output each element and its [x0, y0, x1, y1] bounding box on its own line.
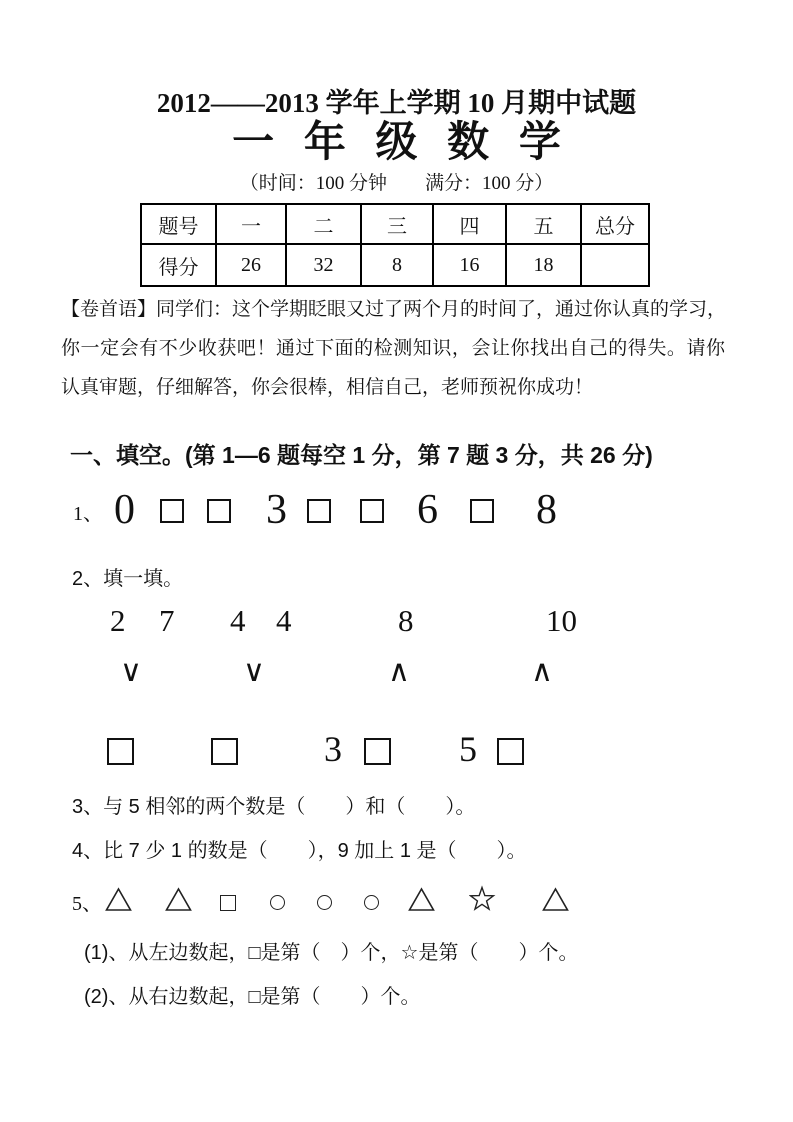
- question-4-text: 4、比 7 少 1 的数是（ ），9 加上 1 是（ ）。: [72, 838, 527, 864]
- header-cell-part1: 一: [216, 204, 286, 244]
- triangle-icon: [165, 887, 192, 912]
- q2-numbers-row: 2 7 4 4 8 10: [0, 604, 793, 640]
- q2-less-symbol-1: ∨: [120, 656, 142, 688]
- question-1-row: 1、 0 3 6 8: [0, 486, 793, 538]
- q1-number-3: 3: [266, 488, 287, 532]
- q5-number-label: 5、: [72, 892, 102, 916]
- q2-fill-number-3: 3: [324, 730, 342, 768]
- q2-fill-boxes-row: 3 5: [0, 730, 793, 772]
- q2-blank-box-1: [107, 738, 134, 765]
- question-5-sub2-text: (2)、从右边数起，□是第（ ）个。: [84, 984, 421, 1010]
- q2-symbols-row: ∨ ∨ ∧ ∧: [0, 656, 793, 690]
- q2-blank-box-2: [211, 738, 238, 765]
- grade-subject-title: 一 年 级 数 学: [0, 118, 793, 166]
- circle-icon: [270, 895, 285, 910]
- header-cell-part3: 三: [361, 204, 433, 244]
- score-table-header-row: 题号 一 二 三 四 五 总分: [141, 204, 649, 244]
- q2-fill-number-5: 5: [459, 730, 477, 768]
- score-table: 题号 一 二 三 四 五 总分 得分 26 32 8 16 18: [140, 203, 650, 287]
- header-cell-part2: 二: [286, 204, 361, 244]
- header-cell-question-no: 题号: [141, 204, 216, 244]
- section-one-heading: 一、填空。(第 1—6 题每空 1 分，第 7 题 3 分，共 26 分): [70, 437, 653, 470]
- q2-number-4a: 4: [230, 604, 246, 638]
- circle-icon: [364, 895, 379, 910]
- score-row-label: 得分: [141, 244, 216, 286]
- preface-line-2: 你一定会有不少收获吧！通过下面的检测知识，会让你找出自己的得失。请你: [61, 329, 725, 368]
- q1-number-6: 6: [417, 488, 438, 532]
- question-2-label: 2、填一填。: [72, 566, 183, 592]
- q2-blank-box-3: [364, 738, 391, 765]
- q2-number-7: 7: [159, 604, 175, 638]
- header-cell-part5: 五: [506, 204, 581, 244]
- triangle-icon: [408, 887, 435, 912]
- exam-title: 2012——2013 学年上学期 10 月期中试题: [0, 88, 793, 118]
- header-cell-total: 总分: [581, 204, 649, 244]
- triangle-icon: [542, 887, 569, 912]
- question-3-text: 3、与 5 相邻的两个数是（ ）和（ ）。: [72, 794, 475, 820]
- q1-number-0: 0: [114, 488, 135, 532]
- q2-number-8: 8: [398, 604, 414, 638]
- score-cell-5: 18: [506, 244, 581, 286]
- score-cell-1: 26: [216, 244, 286, 286]
- time-score-info: （时间：100 分钟 满分：100 分）: [0, 172, 793, 196]
- q1-blank-box-4: [360, 499, 384, 523]
- q2-greater-symbol-2: ∧: [531, 656, 553, 688]
- star-icon: [469, 885, 496, 913]
- q2-greater-symbol-1: ∧: [388, 656, 410, 688]
- q1-number-label: 1、: [73, 502, 103, 526]
- circle-icon: [317, 895, 332, 910]
- score-cell-3: 8: [361, 244, 433, 286]
- preface-line-1: 【卷首语】同学们：这个学期眨眼又过了两个月的时间了，通过你认真的学习，: [61, 290, 725, 329]
- q2-less-symbol-2: ∨: [243, 656, 265, 688]
- question-5-sub1-text: (1)、从左边数起，□是第（ ）个，☆是第（ ）个。: [84, 940, 578, 966]
- score-cell-total: [581, 244, 649, 286]
- q2-number-10: 10: [546, 604, 577, 638]
- score-table-score-row: 得分 26 32 8 16 18: [141, 244, 649, 286]
- q1-blank-box-2: [207, 499, 231, 523]
- square-icon: [220, 895, 236, 911]
- q1-blank-box-5: [470, 499, 494, 523]
- q1-number-8: 8: [536, 488, 557, 532]
- triangle-icon: [105, 887, 132, 912]
- score-cell-2: 32: [286, 244, 361, 286]
- preface-line-3: 认真审题，仔细解答，你会很棒，相信自己，老师预祝你成功！: [61, 368, 725, 407]
- q2-blank-box-4: [497, 738, 524, 765]
- q2-number-4b: 4: [276, 604, 292, 638]
- header-cell-part4: 四: [433, 204, 506, 244]
- score-cell-4: 16: [433, 244, 506, 286]
- exam-paper-page: 2012——2013 学年上学期 10 月期中试题 一 年 级 数 学 （时间：…: [0, 0, 793, 1122]
- question-5-shapes-row: 5、: [0, 884, 793, 920]
- q1-blank-box-3: [307, 499, 331, 523]
- q2-number-2: 2: [110, 604, 126, 638]
- preface-paragraph: 【卷首语】同学们：这个学期眨眼又过了两个月的时间了，通过你认真的学习， 你一定会…: [61, 290, 725, 407]
- q1-blank-box-1: [160, 499, 184, 523]
